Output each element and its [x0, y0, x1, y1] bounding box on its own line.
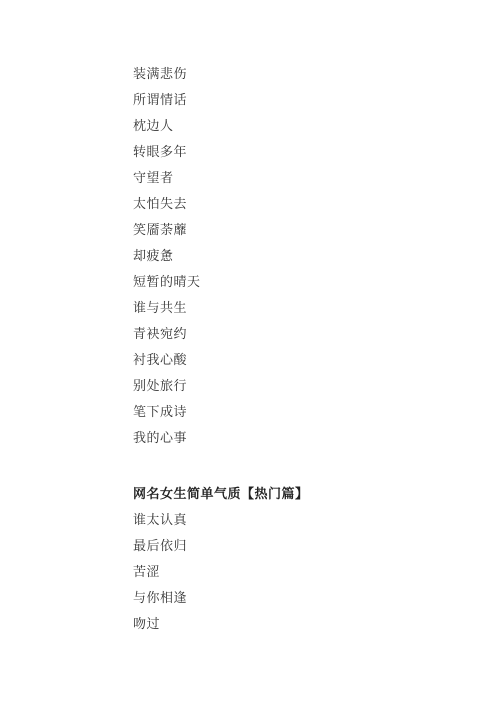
list-item: 转眼多年	[133, 139, 473, 165]
list-item: 吻过	[133, 611, 473, 637]
list-item: 谁与共生	[133, 295, 473, 321]
list-item: 太怕失去	[133, 191, 473, 217]
list-item: 枕边人	[133, 113, 473, 139]
list-item: 最后依归	[133, 533, 473, 559]
section-heading: 网名女生简单气质【热门篇】	[133, 481, 473, 507]
list-item: 与你相逢	[133, 585, 473, 611]
list-item: 衬我心酸	[133, 347, 473, 373]
document-page: 装满悲伤 所谓情话 枕边人 转眼多年 守望者 太怕失去 笑靥荼蘼 却疲惫 短暂的…	[0, 0, 500, 707]
list-item: 谁太认真	[133, 507, 473, 533]
list-item: 守望者	[133, 165, 473, 191]
list-item: 笑靥荼蘼	[133, 217, 473, 243]
list-item: 青袂宛约	[133, 321, 473, 347]
list-item: 短暂的晴天	[133, 269, 473, 295]
list-item: 我的心事	[133, 425, 473, 451]
list-item: 苦涩	[133, 559, 473, 585]
document-content: 装满悲伤 所谓情话 枕边人 转眼多年 守望者 太怕失去 笑靥荼蘼 却疲惫 短暂的…	[133, 61, 473, 637]
list-item: 所谓情话	[133, 87, 473, 113]
list-item: 装满悲伤	[133, 61, 473, 87]
list-item: 却疲惫	[133, 243, 473, 269]
list-item: 别处旅行	[133, 373, 473, 399]
list-item: 笔下成诗	[133, 399, 473, 425]
